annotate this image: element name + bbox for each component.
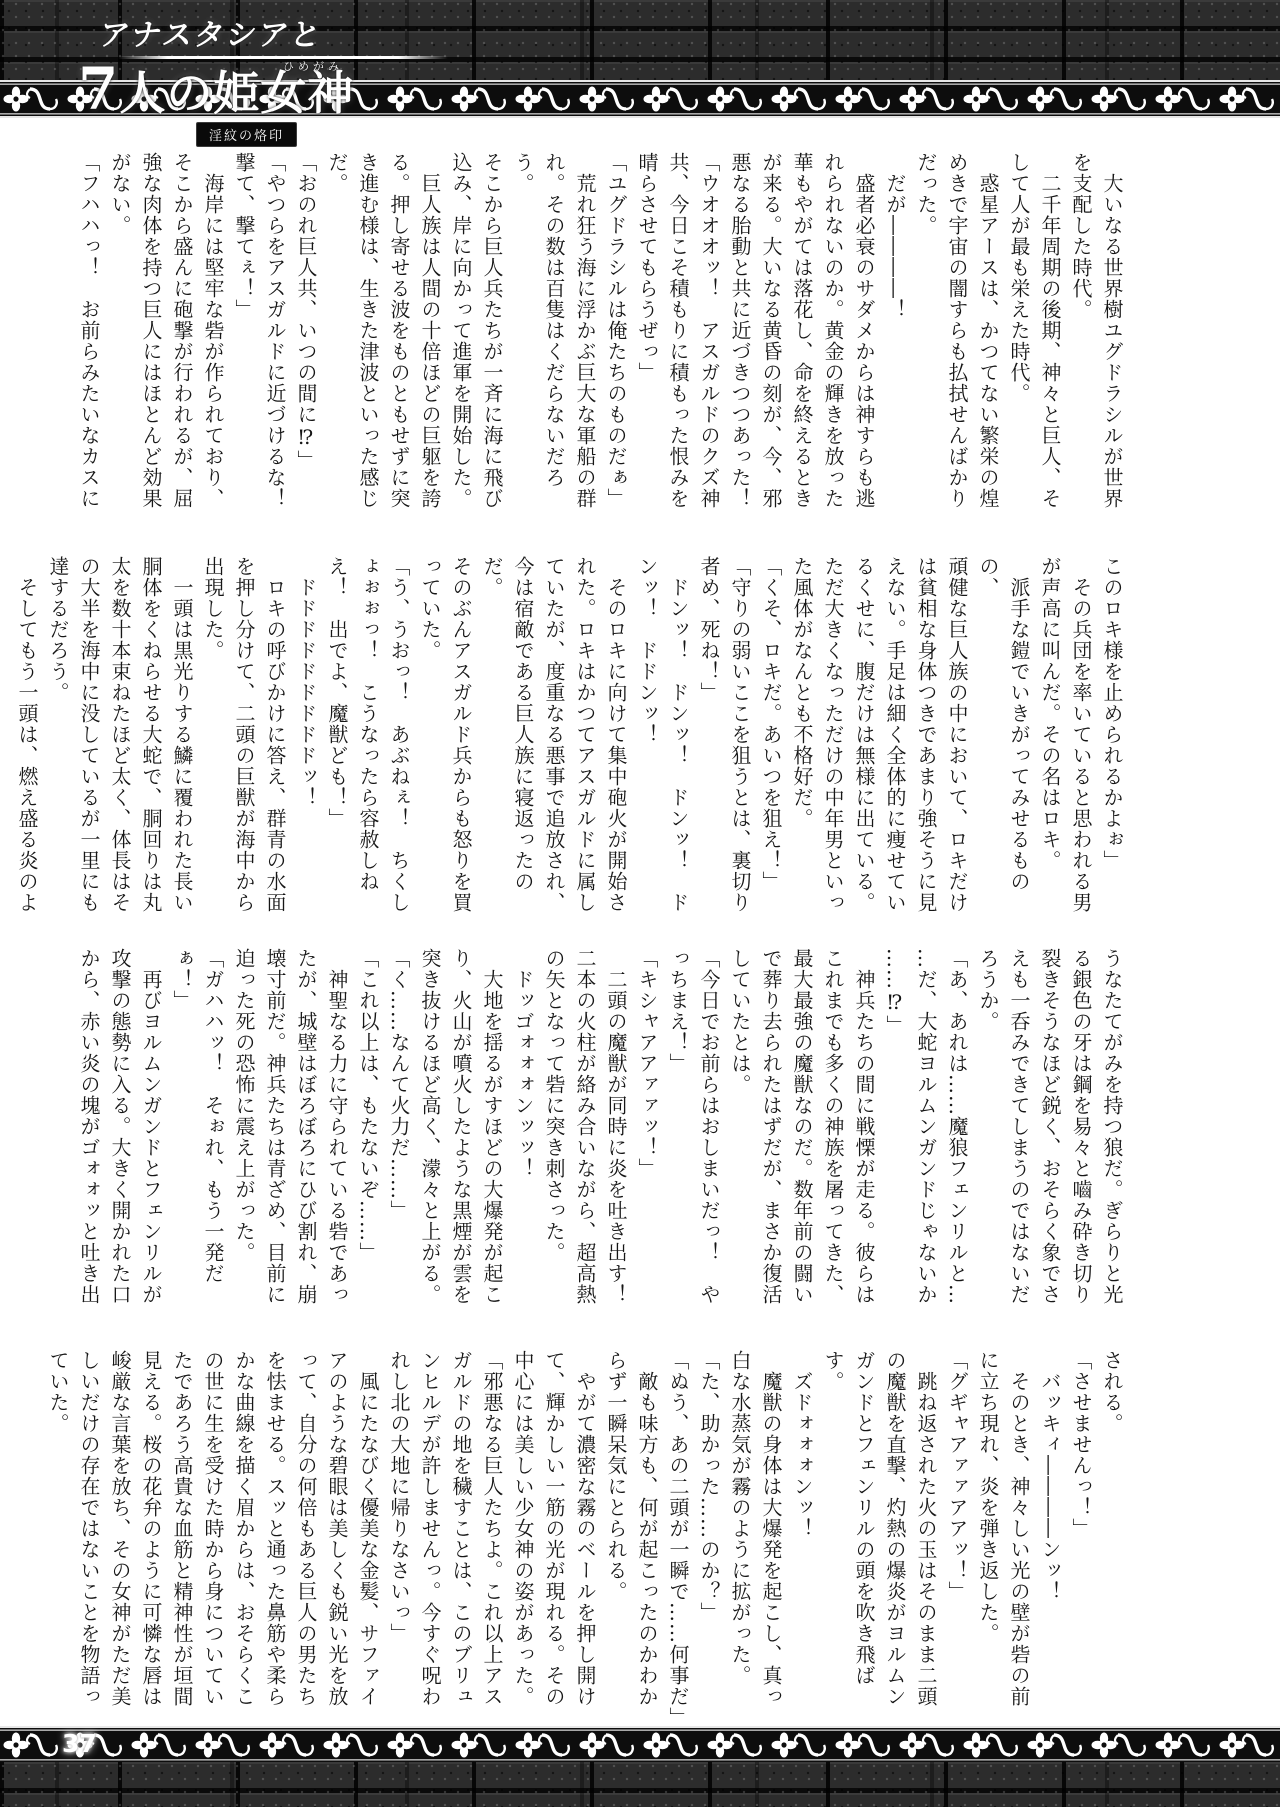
text-column: る銀色の牙は鋼を易々と嚙み砕き切り	[1065, 948, 1096, 1316]
text-column: ていたが、度重なる悪事で追放され、	[538, 556, 569, 924]
text-column: 「キシャアアァァッ！」	[631, 948, 662, 1316]
text-column: して人が最も栄えた時代。	[1003, 152, 1034, 520]
text-column: 悪なる胎動と共に近づきつつあった！	[724, 152, 755, 520]
text-column: 「おのれ巨人共、いつの間に⁉」	[290, 152, 321, 520]
text-column: やがて濃密な霧のベールを押し開け	[569, 1350, 600, 1718]
text-column: 頑健な巨人族の中において、ロキだけ	[941, 556, 972, 924]
text-column: 「ウオオオッ！ アスガルドのクズ神	[693, 152, 724, 520]
text-column: だった。	[910, 152, 941, 520]
text-column: 突き抜けるほど高く、濛々と上がる。	[414, 948, 445, 1316]
text-column: で葬り去られたはずだが、まさか復活	[755, 948, 786, 1316]
text-column: た風体がなんとも不格好だ。	[786, 556, 817, 924]
text-column: ガルドの地を穢すことは、このブリュ	[445, 1350, 476, 1718]
text-column: 者め、死ね！」	[693, 556, 724, 924]
text-column: 攻撃の態勢に入る。大きく開かれた口	[104, 948, 135, 1316]
text-column: 「ガハハッ！ そぉれ、もう一発だ	[197, 948, 228, 1316]
text-column: ろうか。	[972, 948, 1003, 1316]
text-column: 白な水蒸気が霧のように拡がった。	[724, 1350, 755, 1718]
text-band-3: うなたてがみを持つ狼だ。ぎらりと光る銀色の牙は鋼を易々と嚙み砕き切り裂きそうなほ…	[73, 948, 1127, 1316]
text-column: そこから巨人兵たちが一斉に海に飛び	[476, 152, 507, 520]
text-column: ……⁉」	[879, 948, 910, 1316]
text-column: が来る。大いなる黄昏の刻が、今、邪	[755, 152, 786, 520]
text-column: だ。	[321, 152, 352, 520]
text-column: ンヒルデが許しませんっ。今すぐ呪わ	[414, 1350, 445, 1718]
text-column: 盛者必衰のサダメからは神すらも逃	[848, 152, 879, 520]
text-column: 巨人族は人間の十倍ほどの巨躯を誇	[414, 152, 445, 520]
text-column: そこから盛んに砲撃が行われるが、屈	[166, 152, 197, 520]
text-column: 惑星アースは、かつてない繁栄の煌	[972, 152, 1003, 520]
logo-subtitle: 淫紋の烙印	[196, 122, 297, 147]
text-column: 峻厳な言葉を放ち、その女神がただ美	[104, 1350, 135, 1718]
text-column: 「守りの弱いここを狙うとは、裏切り	[724, 556, 755, 924]
text-column: の世に生を受けた時から身についてい	[197, 1350, 228, 1718]
text-column: らず一瞬呆気にとられる。	[600, 1350, 631, 1718]
text-column: ただ大きくなっただけの中年男といっ	[817, 556, 848, 924]
text-column: 最大最強の魔獣なのだ。数年前の闘い	[786, 948, 817, 1316]
text-column: 二千年周期の後期、神々と巨人、そ	[1034, 152, 1065, 520]
text-column: だが――――！	[879, 152, 910, 520]
text-column: 海岸には堅牢な砦が作られており、	[197, 152, 228, 520]
text-column: 跳ね返された火の玉はそのまま二頭	[910, 1350, 941, 1718]
text-column: れられないのか。黄金の輝きを放った	[817, 152, 848, 520]
text-column: 二頭の魔獣が同時に炎を吐き出す！	[600, 948, 631, 1316]
text-column: 風にたなびく優美な金髪、サファイ	[352, 1350, 383, 1718]
ornament-vine-pattern	[0, 1726, 1280, 1764]
text-column: 見える。桜の花弁のように可憐な唇は	[135, 1350, 166, 1718]
text-column: れた。ロキはかつてアスガルドに属し	[569, 556, 600, 924]
text-column: 二本の火柱が絡み合いながら、超高熱	[569, 948, 600, 1316]
text-column: 「ぬう、あの二頭が一瞬で……何事だ」	[662, 1350, 693, 1718]
text-column: 「く……なんて火力だ……」	[383, 948, 414, 1316]
text-column: ドドドドドドドドドッ！	[290, 556, 321, 924]
text-column: 中心には美しい少女神の姿があった。	[507, 1350, 538, 1718]
text-column: かな曲線を描く眉からは、おそらくこ	[228, 1350, 259, 1718]
text-column: 達するだろう。	[42, 556, 73, 924]
text-column: 強な肉体を持つ巨人にはほとんど効果	[135, 152, 166, 520]
text-column: 込み、岸に向かって進軍を開始した。	[445, 152, 476, 520]
text-column: していたとは。	[724, 948, 755, 1316]
text-column: の矢となって砦に突き刺さった。	[538, 948, 569, 1316]
text-column: ぁ！」	[166, 948, 197, 1316]
text-column: 晴らさせてもらうぜっ」	[631, 152, 662, 520]
text-column: 神聖なる力に守られている砦であっ	[321, 948, 352, 1316]
text-column: バッキィ――――ンッ！	[1034, 1350, 1065, 1718]
text-column: このロキ様を止められるかよぉ」	[1096, 556, 1127, 924]
text-column: 「これ以上は、もたないぞ……」	[352, 948, 383, 1316]
text-column: 「グギャアァァアアッ！」	[941, 1350, 972, 1718]
text-column: ンッ！ ドドンッ！	[631, 556, 662, 924]
logo-title-rest: 人の姫女神	[119, 66, 354, 120]
text-band-1: 大いなる世界樹ユグドラシルが世界を支配した時代。二千年周期の後期、神々と巨人、そ…	[73, 152, 1127, 520]
text-column: 「あ、あれは……魔狼フェンリルと…	[941, 948, 972, 1316]
text-column: 「やつらをアスガルドに近づけるな！	[259, 152, 290, 520]
text-column: ズドォォォンッ！	[786, 1350, 817, 1718]
brick-texture-bottom	[0, 1762, 1280, 1807]
text-column: 壊寸前だ。神兵たちは青ざめ、目前に	[259, 948, 290, 1316]
text-band-4: される。「させませんっ！」バッキィ――――ンッ！そのとき、神々しい光の壁が砦の前…	[42, 1350, 1127, 1718]
text-column: ドンッ！ ドンッ！ ドンッ！ ド	[662, 556, 693, 924]
text-column: 「ユグドラシルは俺たちのものだぁ」	[600, 152, 631, 520]
text-column: っちまえ！」	[662, 948, 693, 1316]
text-column: 「う、うおっ！ あぶねぇ！ ちくし	[383, 556, 414, 924]
text-column: ロキの呼びかけに答え、群青の水面	[259, 556, 290, 924]
text-column: そのとき、神々しい光の壁が砦の前	[1003, 1350, 1034, 1718]
text-column: を押し分けて、二頭の巨獣が海中から	[228, 556, 259, 924]
text-column: 共、今日こそ積もりに積もった恨みを	[662, 152, 693, 520]
text-column: 撃て、撃てぇ！」	[228, 152, 259, 520]
text-column: るくせに、腹だけは無様に出ている。	[848, 556, 879, 924]
text-column: される。	[1096, 1350, 1127, 1718]
text-column: そしてもう一頭は、燃え盛る炎のよ	[11, 556, 42, 924]
text-column: 派手な鎧でいきがってみせるものの、	[972, 556, 1034, 924]
text-column: 裂きそうなほど鋭く、おそらく象でさ	[1034, 948, 1065, 1316]
text-column: 荒れ狂う海に浮かぶ巨大な軍船の群	[569, 152, 600, 520]
ornament-border-bottom	[0, 1726, 1280, 1764]
text-column: 「くそ、ロキだ。あいつを狙え！」	[755, 556, 786, 924]
text-column: 「邪悪なる巨人たちよ。これ以上アス	[476, 1350, 507, 1718]
text-column: めきで宇宙の闇すらも払拭せんばかり	[941, 152, 972, 520]
text-column: の大半を海中に没しているが一里にも	[73, 556, 104, 924]
text-column: 魔獣の身体は大爆発を起こし、真っ	[755, 1350, 786, 1718]
text-column: えない。手足は細く全体的に痩せてい	[879, 556, 910, 924]
text-column: がない。	[104, 152, 135, 520]
text-column: 出現した。	[197, 556, 228, 924]
text-column: しいだけの存在ではないことを物語っ	[73, 1350, 104, 1718]
text-column: 「フハハっ！ お前らみたいなカスに	[73, 152, 104, 520]
text-column: 今は宿敵である巨人族に寝返ったのだ。	[476, 556, 538, 924]
text-column: を支配した時代。	[1065, 152, 1096, 520]
text-column: れ。その数は百隻はくだらないだろう。	[507, 152, 569, 520]
text-column: ょぉぉっ！ こうなったら容赦しね	[352, 556, 383, 924]
text-column: そのぶんアスガルド兵からも怒りを買	[445, 556, 476, 924]
text-column: り、火山が噴火したような黒煙が雲を	[445, 948, 476, 1316]
logo-title-top: アナスタシアと	[75, 10, 501, 54]
text-column: 迫った死の恐怖に震え上がった。	[228, 948, 259, 1316]
text-column: 「させませんっ！」	[1065, 1350, 1096, 1718]
text-column: うなたてがみを持つ狼だ。ぎらりと光	[1096, 948, 1127, 1316]
text-column: を怯ませる。スッと通った鼻筋や柔ら	[259, 1350, 290, 1718]
text-column: 胴体をくねらせる大蛇で、胴回りは丸	[135, 556, 166, 924]
text-column: は貧相な身体つきであまり強そうに見	[910, 556, 941, 924]
text-column: て、輝かしい一筋の光が現れる。その	[538, 1350, 569, 1718]
text-column: ていた。	[42, 1350, 73, 1718]
novel-page: アナスタシアと 7人の姫女神 ひめがみ 淫紋の烙印 大いなる世界樹ユグドラシルが…	[0, 0, 1280, 1807]
text-band-2: このロキ様を止められるかよぉ」その兵団を率いていると思われる男が声高に叫んだ。そ…	[11, 556, 1127, 924]
text-column: 華もやがては落花し、命を終えるとき	[786, 152, 817, 520]
text-column: ドッゴォォォンッッ！	[507, 948, 538, 1316]
text-column: そのロキに向けて集中砲火が開始さ	[600, 556, 631, 924]
text-column: って、自分の何倍もある巨人の男たち	[290, 1350, 321, 1718]
text-column: 大いなる世界樹ユグドラシルが世界	[1096, 152, 1127, 520]
text-column: き進む様は、生きた津波といった感じ	[352, 152, 383, 520]
series-logo: アナスタシアと 7人の姫女神 ひめがみ 淫紋の烙印	[78, 10, 498, 147]
text-column: え！ 出でよ、魔獣ども！」	[321, 556, 352, 924]
text-column: アのような碧眼は美しくも鋭い光を放	[321, 1350, 352, 1718]
text-column: っていた。	[414, 556, 445, 924]
text-column: 大地を揺るがすほどの大爆発が起こ	[476, 948, 507, 1316]
text-column: 一頭は黒光りする鱗に覆われた長い	[166, 556, 197, 924]
text-column: …だ、大蛇ヨルムンガンドじゃないか	[910, 948, 941, 1316]
text-column: る。押し寄せる波をものともせずに突	[383, 152, 414, 520]
text-column: これまでも多くの神族を屠ってきた、	[817, 948, 848, 1316]
text-column: の魔獣を直撃、灼熱の爆炎がヨルムン	[879, 1350, 910, 1718]
text-column: が声高に叫んだ。その名はロキ。	[1034, 556, 1065, 924]
text-column: れし北の大地に帰りなさいっ」	[383, 1350, 414, 1718]
text-column: 「今日でお前らはおしまいだっ！ や	[693, 948, 724, 1316]
logo-furigana: ひめがみ	[283, 58, 343, 74]
logo-title-7: 7	[78, 55, 119, 123]
text-column: に立ち現れ、炎を弾き返した。	[972, 1350, 1003, 1718]
text-column: 神兵たちの間に戦慄が走る。彼らは	[848, 948, 879, 1316]
text-column: 敵も味方も、何が起こったのかわか	[631, 1350, 662, 1718]
text-column: 太を数十本束ねたほど太く、体長はそ	[104, 556, 135, 924]
text-column: その兵団を率いていると思われる男	[1065, 556, 1096, 924]
text-column: えも一呑みできてしまうのではないだ	[1003, 948, 1034, 1316]
text-column: たであろう高貴な血筋と精神性が垣間	[166, 1350, 197, 1718]
text-column: たが、城壁はぼろぼろにひび割れ、崩	[290, 948, 321, 1316]
text-column: から、赤い炎の塊がゴォォッと吐き出	[73, 948, 104, 1316]
page-number: 37	[62, 1729, 97, 1758]
text-column: 「た、助かった……のか？」	[693, 1350, 724, 1718]
text-column: ガンドとフェンリルの頭を吹き飛ばす。	[817, 1350, 879, 1718]
text-column: 再びヨルムンガンドとフェンリルが	[135, 948, 166, 1316]
